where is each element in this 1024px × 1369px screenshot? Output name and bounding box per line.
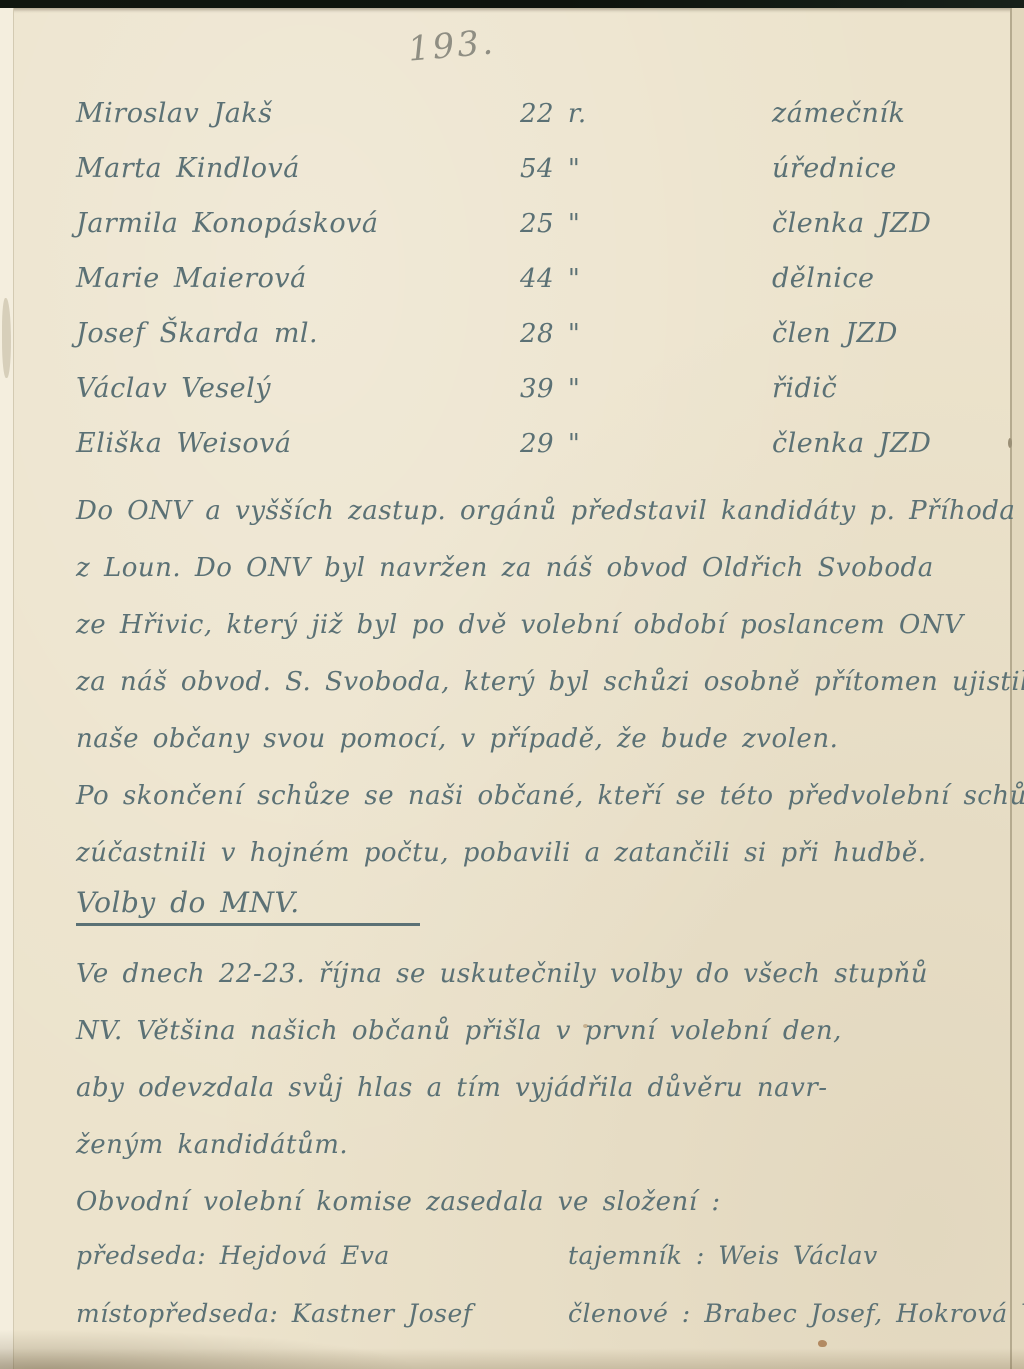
text-line: ženým kandidátům. — [76, 1117, 986, 1174]
text-line: Do ONV a vyšších zastup. orgánů představ… — [76, 483, 986, 540]
text-line: naše občany svou pomocí, v případě, že b… — [76, 711, 986, 768]
text-line: Ve dnech 22-23. října se uskutečnily vol… — [76, 946, 986, 1003]
page-number: 193. — [406, 22, 497, 69]
paragraph-onv: Do ONV a vyšších zastup. orgánů představ… — [76, 483, 986, 768]
roster-occupation: úřednice — [772, 153, 986, 184]
candidate-roster: Miroslav Jakš 22 r. zámečník Marta Kindl… — [76, 98, 986, 483]
text-line: z Loun. Do ONV byl navržen za náš obvod … — [76, 540, 986, 597]
roster-name: Jarmila Konopásková — [76, 208, 520, 239]
roster-age: 54 " — [520, 154, 772, 184]
roster-row: Eliška Weisová 29 " členka JZD — [76, 428, 986, 483]
section-heading-block: Volby do MNV. — [76, 882, 986, 946]
roster-occupation: dělnice — [772, 263, 986, 294]
roster-age: 22 r. — [520, 99, 772, 129]
roster-occupation: členka JZD — [772, 428, 986, 459]
roster-name: Eliška Weisová — [76, 428, 520, 459]
roster-age: 28 " — [520, 319, 772, 349]
text-line: ze Hřivic, který již byl po dvě volební … — [76, 597, 986, 654]
paragraph-after-meeting: Po skončení schůze se naši občané, kteří… — [76, 768, 986, 882]
text-line: NV. Většina našich občanů přišla v první… — [76, 1003, 986, 1060]
committee-entry: předseda: Hejdová Eva — [76, 1241, 568, 1270]
roster-row: Marie Maierová 44 " dělnice — [76, 263, 986, 318]
roster-occupation: řidič — [772, 373, 986, 404]
roster-name: Miroslav Jakš — [76, 98, 520, 129]
page-content: Miroslav Jakš 22 r. zámečník Marta Kindl… — [76, 98, 986, 1357]
roster-occupation: člen JZD — [772, 318, 986, 349]
election-commission-list: předseda: Hejdová Eva tajemník : Weis Vá… — [76, 1241, 986, 1357]
committee-entry: místopředseda: Kastner Josef — [76, 1299, 568, 1328]
roster-row: Miroslav Jakš 22 r. zámečník — [76, 98, 986, 153]
committee-member-name: Hejdová Eva — [220, 1241, 390, 1270]
roster-age: 29 " — [520, 429, 772, 459]
text-line: aby odevzdala svůj hlas a tím vyjádřila … — [76, 1060, 986, 1117]
roster-name: Marie Maierová — [76, 263, 520, 294]
committee-member-name: Weis Václav — [718, 1241, 877, 1270]
roster-occupation: zámečník — [772, 98, 986, 129]
roster-occupation: členka JZD — [772, 208, 986, 239]
roster-row: Marta Kindlová 54 " úřednice — [76, 153, 986, 208]
roster-name: Václav Veselý — [76, 373, 520, 404]
committee-entry: tajemník : Weis Václav — [568, 1241, 986, 1270]
paragraph-elections: Ve dnech 22-23. října se uskutečnily vol… — [76, 946, 986, 1174]
text-line: zúčastnili v hojném počtu, pobavili a za… — [76, 825, 986, 882]
committee-row: místopředseda: Kastner Josef členové : B… — [76, 1299, 986, 1357]
committee-row: předseda: Hejdová Eva tajemník : Weis Vá… — [76, 1241, 986, 1299]
roster-age: 25 " — [520, 209, 772, 239]
book-edge-top — [0, 0, 1024, 8]
roster-row: Václav Veselý 39 " řidič — [76, 373, 986, 428]
paragraph-commission-intro: Obvodní volební komise zasedala ve slože… — [76, 1174, 986, 1231]
section-heading-volby-do-mnv: Volby do MNV. — [76, 886, 420, 926]
roster-age: 44 " — [520, 264, 772, 294]
committee-member-name: Brabec Josef, Hokrová Václava — [704, 1299, 1024, 1328]
page-edge-left — [0, 8, 14, 1369]
committee-role: předseda: — [76, 1241, 206, 1270]
roster-row: Josef Škarda ml. 28 " člen JZD — [76, 318, 986, 373]
roster-age: 39 " — [520, 374, 772, 404]
text-line: Obvodní volební komise zasedala ve slože… — [76, 1174, 986, 1231]
roster-name: Josef Škarda ml. — [76, 318, 520, 349]
text-line: za náš obvod. S. Svoboda, který byl schů… — [76, 654, 986, 711]
roster-row: Jarmila Konopásková 25 " členka JZD — [76, 208, 986, 263]
committee-entry: členové : Brabec Josef, Hokrová Václava — [568, 1299, 1024, 1328]
scanned-chronicle-page: 193. Miroslav Jakš 22 r. zámečník Marta … — [0, 0, 1024, 1369]
committee-role: místopředseda: — [76, 1299, 278, 1328]
text-line: Po skončení schůze se naši občané, kteří… — [76, 768, 986, 825]
committee-role: tajemník : — [568, 1241, 705, 1270]
roster-name: Marta Kindlová — [76, 153, 520, 184]
committee-member-name: Kastner Josef — [292, 1299, 473, 1328]
committee-role: členové : — [568, 1299, 691, 1328]
